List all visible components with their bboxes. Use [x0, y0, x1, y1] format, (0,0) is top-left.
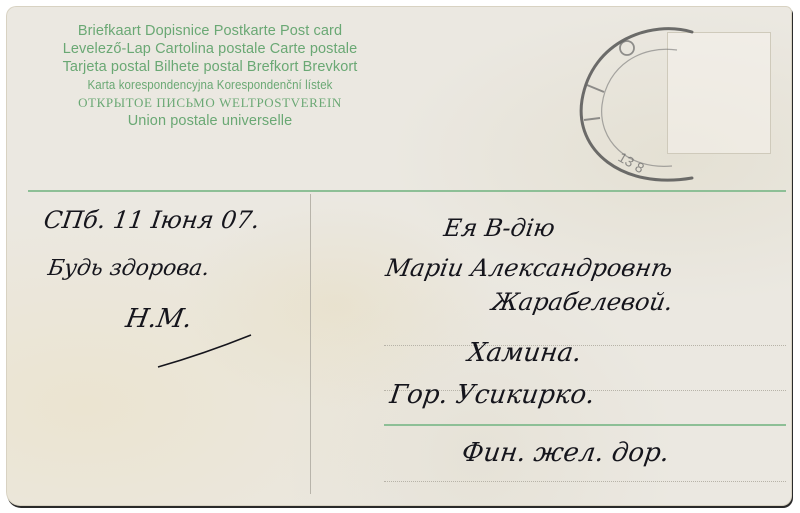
- address-line-surname: Жарабелевой.: [490, 288, 676, 316]
- horizontal-rule: [28, 190, 786, 192]
- address-line-town: Гор. Усикирко.: [388, 380, 597, 410]
- message-date: СПб. 11 Іюня 07.: [42, 206, 261, 234]
- header-line-4: Karta korespondencyjna Korespondenční lí…: [35, 76, 385, 94]
- message-greeting: Будь здорова.: [46, 256, 211, 281]
- header-line-2: Levelező-Lap Cartolina postale Carte pos…: [20, 40, 400, 58]
- postcard: Briefkaart Dopisnice Postkarte Post card…: [6, 6, 792, 506]
- signature-flourish-icon: [156, 331, 256, 371]
- header-line-1: Briefkaart Dopisnice Postkarte Post card: [20, 22, 400, 40]
- header-line-6: Union postale universelle: [20, 112, 400, 130]
- message-signature: Н.М.: [123, 304, 194, 334]
- postmark-text: 13 8: [616, 149, 648, 177]
- vertical-divider: [310, 194, 311, 494]
- address-line-green: [384, 424, 786, 426]
- address-line-1: [384, 345, 786, 346]
- header-line-3: Tarjeta postal Bilhete postal Brefkort B…: [20, 58, 400, 76]
- header-line-5: ОТКРЫТОЕ ПИСЬМО WELTPOSTVEREIN: [20, 94, 400, 112]
- address-line-name: Маріи Александровнѣ: [384, 254, 675, 282]
- address-line-railway: Фин. жел. дор.: [460, 438, 671, 468]
- address-line-3: [384, 481, 786, 482]
- address-line-salutation: Ея В-дію: [442, 214, 557, 242]
- postmark-icon: 13 8: [572, 20, 722, 188]
- address-line-city: Хамина.: [466, 338, 583, 368]
- printed-postcard-header: Briefkaart Dopisnice Postkarte Post card…: [20, 22, 400, 130]
